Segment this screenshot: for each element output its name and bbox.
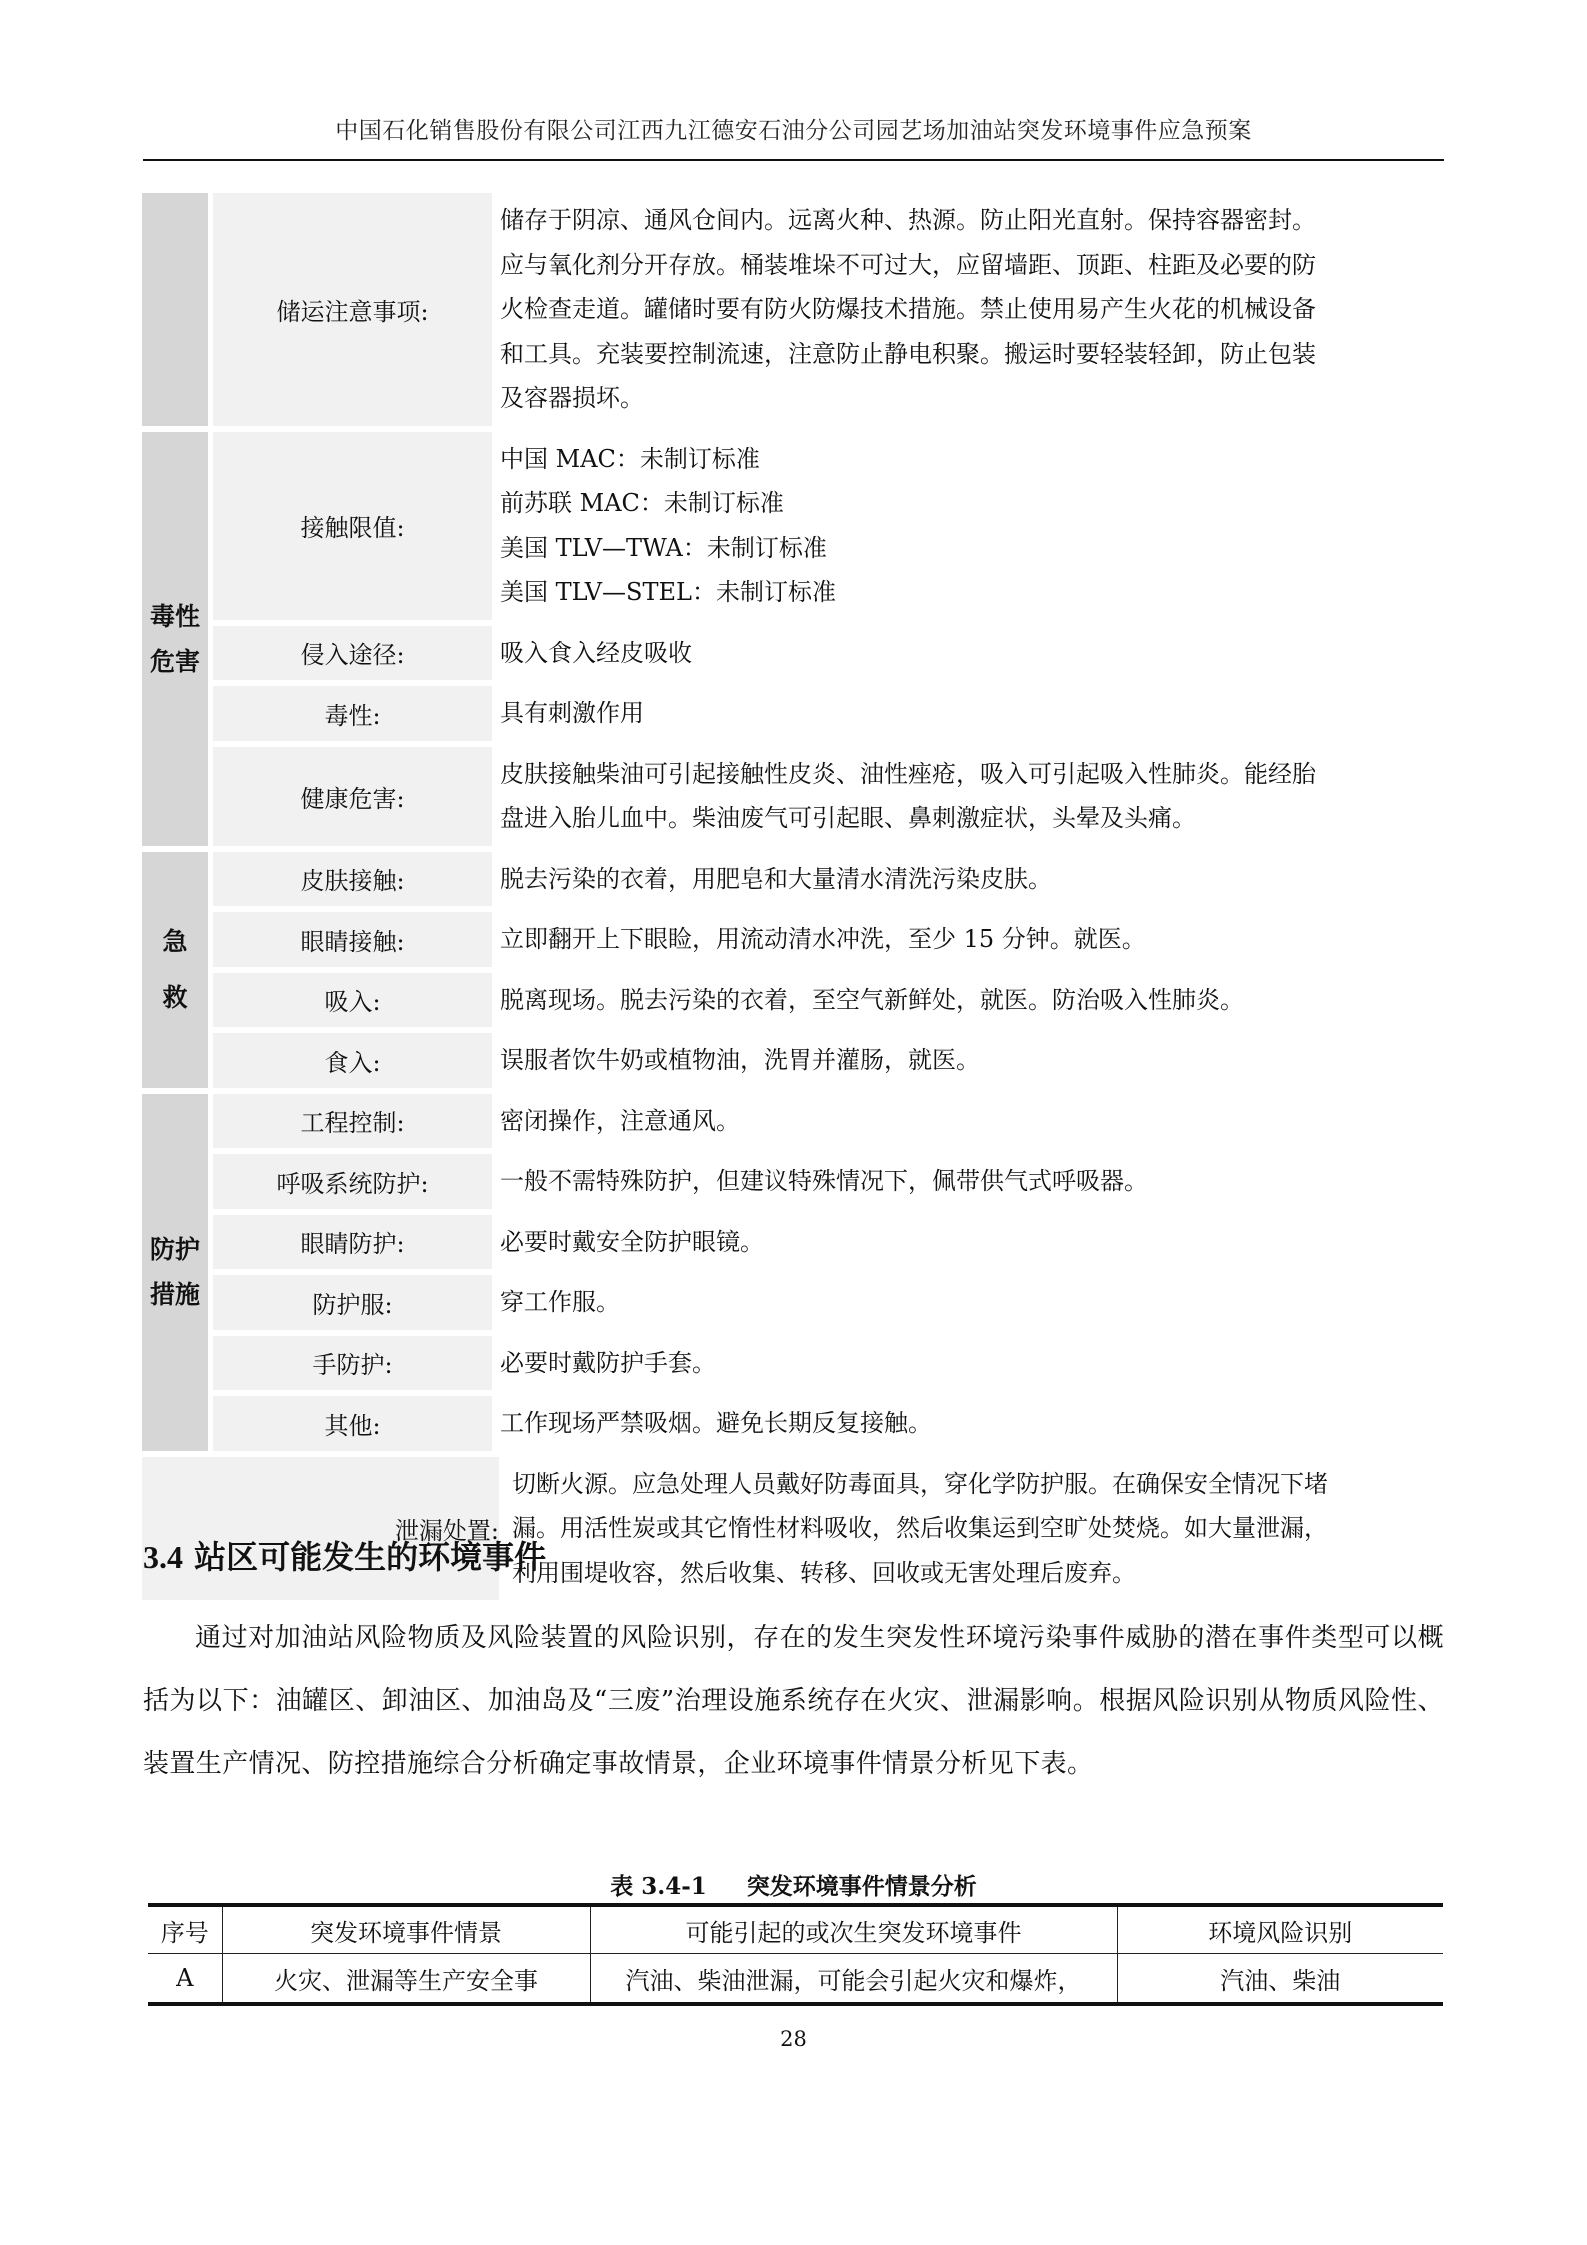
row-label: 工程控制: bbox=[213, 1094, 492, 1149]
msds-table: 储运注意事项: 储存于阴凉、通风仓间内。远离火种、热源。防止阳光直射。保持容器密… bbox=[142, 193, 1472, 1600]
header-rule bbox=[143, 159, 1444, 161]
table-cell: 汽油、柴油泄漏，可能会引起火灾和爆炸， bbox=[590, 1954, 1117, 2005]
row-value: 切断火源。应急处理人员戴好防毒面具，穿化学防护服。在确保安全情况下堵 漏。用活性… bbox=[499, 1457, 1472, 1601]
row-value: 工作现场严禁吸烟。避免长期反复接触。 bbox=[492, 1396, 1472, 1451]
row-value: 一般不需特殊防护，但建议特殊情况下，佩带供气式呼吸器。 bbox=[492, 1154, 1472, 1209]
col-header: 环境风险识别 bbox=[1117, 1905, 1443, 1954]
row-label: 呼吸系统防护: bbox=[213, 1154, 492, 1209]
col-header: 可能引起的或次生突发环境事件 bbox=[590, 1905, 1117, 1954]
row-ingestion: 食入: 误服者饮牛奶或植物油，洗胃并灌肠，就医。 bbox=[213, 1033, 1472, 1088]
row-value: 脱去污染的衣着，用肥皂和大量清水清洗污染皮肤。 bbox=[492, 852, 1472, 907]
row-exposure-limits: 接触限值: 中国 MAC：未制订标准 前苏联 MAC：未制订标准 美国 TLV—… bbox=[213, 432, 1472, 620]
row-value: 储存于阴凉、通风仓间内。远离火种、热源。防止阳光直射。保持容器密封。 应与氧化剂… bbox=[492, 193, 1472, 426]
row-entry-route: 侵入途径: 吸入食入经皮吸收 bbox=[213, 626, 1472, 681]
running-header: 中国石化销售股份有限公司江西九江德安石油分公司园艺场加油站突发环境事件应急预案 bbox=[0, 112, 1587, 145]
row-label: 泄漏处置: bbox=[142, 1457, 499, 1601]
row-engineering-control: 工程控制: 密闭操作，注意通风。 bbox=[213, 1094, 1472, 1149]
col-header: 序号 bbox=[148, 1905, 222, 1954]
row-value: 中国 MAC：未制订标准 前苏联 MAC：未制订标准 美国 TLV—TWA：未制… bbox=[492, 432, 1472, 620]
row-value: 必要时戴安全防护眼镜。 bbox=[492, 1215, 1472, 1270]
row-label: 手防护: bbox=[213, 1336, 492, 1391]
section-heading: 3.4 站区可能发生的环境事件 bbox=[143, 1532, 546, 1578]
row-label: 侵入途径: bbox=[213, 626, 492, 681]
row-label: 眼睛防护: bbox=[213, 1215, 492, 1270]
row-hand-protection: 手防护: 必要时戴防护手套。 bbox=[213, 1336, 1472, 1391]
category-first-aid: 急救 bbox=[142, 852, 208, 1088]
row-health-hazard: 健康危害: 皮肤接触柴油可引起接触性皮炎、油性痤疮，吸入可引起吸入性肺炎。能经胎… bbox=[213, 747, 1472, 846]
row-leak-handling: 泄漏处置: 切断火源。应急处理人员戴好防毒面具，穿化学防护服。在确保安全情况下堵… bbox=[142, 1457, 1472, 1601]
row-value: 皮肤接触柴油可引起接触性皮炎、油性痤疮，吸入可引起吸入性肺炎。能经胎 盘进入胎儿… bbox=[492, 747, 1472, 846]
table-header-row: 序号 突发环境事件情景 可能引起的或次生突发环境事件 环境风险识别 bbox=[148, 1905, 1443, 1954]
table-cell: A bbox=[148, 1954, 222, 2005]
row-storage: 储运注意事项: 储存于阴凉、通风仓间内。远离火种、热源。防止阳光直射。保持容器密… bbox=[213, 193, 1472, 426]
row-skin-contact: 皮肤接触: 脱去污染的衣着，用肥皂和大量清水清洗污染皮肤。 bbox=[213, 852, 1472, 907]
row-toxicity: 毒性: 具有刺激作用 bbox=[213, 686, 1472, 741]
row-label: 吸入: bbox=[213, 973, 492, 1028]
table-cell: 火灾、泄漏等生产安全事 bbox=[222, 1954, 590, 2005]
row-label: 其他: bbox=[213, 1396, 492, 1451]
table-row: A 火灾、泄漏等生产安全事 汽油、柴油泄漏，可能会引起火灾和爆炸， 汽油、柴油 bbox=[148, 1954, 1443, 2005]
row-value: 必要时戴防护手套。 bbox=[492, 1336, 1472, 1391]
row-label: 皮肤接触: bbox=[213, 852, 492, 907]
group-first-aid: 急救 皮肤接触: 脱去污染的衣着，用肥皂和大量清水清洗污染皮肤。 眼睛接触: 立… bbox=[142, 852, 1472, 1088]
category-toxicity: 毒性危害 bbox=[142, 432, 208, 846]
table-cell: 汽油、柴油 bbox=[1117, 1954, 1443, 2005]
row-label: 健康危害: bbox=[213, 747, 492, 846]
scenario-table: 序号 突发环境事件情景 可能引起的或次生突发环境事件 环境风险识别 A 火灾、泄… bbox=[148, 1903, 1443, 2006]
group-protection: 防护措施 工程控制: 密闭操作，注意通风。 呼吸系统防护: 一般不需特殊防护，但… bbox=[142, 1094, 1472, 1451]
row-value: 吸入食入经皮吸收 bbox=[492, 626, 1472, 681]
row-respiratory-protection: 呼吸系统防护: 一般不需特殊防护，但建议特殊情况下，佩带供气式呼吸器。 bbox=[213, 1154, 1472, 1209]
table-caption: 表 3.4-1突发环境事件情景分析 bbox=[0, 1868, 1587, 1901]
row-label: 毒性: bbox=[213, 686, 492, 741]
row-value: 立即翻开上下眼睑，用流动清水冲洗，至少 15 分钟。就医。 bbox=[492, 912, 1472, 967]
row-value: 具有刺激作用 bbox=[492, 686, 1472, 741]
page-number: 28 bbox=[0, 2027, 1587, 2051]
body-paragraph: 通过对加油站风险物质及风险装置的风险识别，存在的发生突发性环境污染事件威胁的潜在… bbox=[143, 1607, 1444, 1796]
row-label: 食入: bbox=[213, 1033, 492, 1088]
row-label: 接触限值: bbox=[213, 432, 492, 620]
col-header: 突发环境事件情景 bbox=[222, 1905, 590, 1954]
group-storage: 储运注意事项: 储存于阴凉、通风仓间内。远离火种、热源。防止阳光直射。保持容器密… bbox=[142, 193, 1472, 426]
row-label: 眼睛接触: bbox=[213, 912, 492, 967]
group-toxicity: 毒性危害 接触限值: 中国 MAC：未制订标准 前苏联 MAC：未制订标准 美国… bbox=[142, 432, 1472, 846]
row-value: 穿工作服。 bbox=[492, 1275, 1472, 1330]
row-value: 密闭操作，注意通风。 bbox=[492, 1094, 1472, 1149]
row-protective-clothing: 防护服: 穿工作服。 bbox=[213, 1275, 1472, 1330]
row-eye-protection: 眼睛防护: 必要时戴安全防护眼镜。 bbox=[213, 1215, 1472, 1270]
row-eye-contact: 眼睛接触: 立即翻开上下眼睑，用流动清水冲洗，至少 15 分钟。就医。 bbox=[213, 912, 1472, 967]
row-value: 脱离现场。脱去污染的衣着，至空气新鲜处，就医。防治吸入性肺炎。 bbox=[492, 973, 1472, 1028]
row-inhalation: 吸入: 脱离现场。脱去污染的衣着，至空气新鲜处，就医。防治吸入性肺炎。 bbox=[213, 973, 1472, 1028]
row-other: 其他: 工作现场严禁吸烟。避免长期反复接触。 bbox=[213, 1396, 1472, 1451]
row-value: 误服者饮牛奶或植物油，洗胃并灌肠，就医。 bbox=[492, 1033, 1472, 1088]
row-label: 防护服: bbox=[213, 1275, 492, 1330]
category-cell-empty bbox=[142, 193, 208, 426]
category-protection: 防护措施 bbox=[142, 1094, 208, 1451]
row-label: 储运注意事项: bbox=[213, 193, 492, 426]
